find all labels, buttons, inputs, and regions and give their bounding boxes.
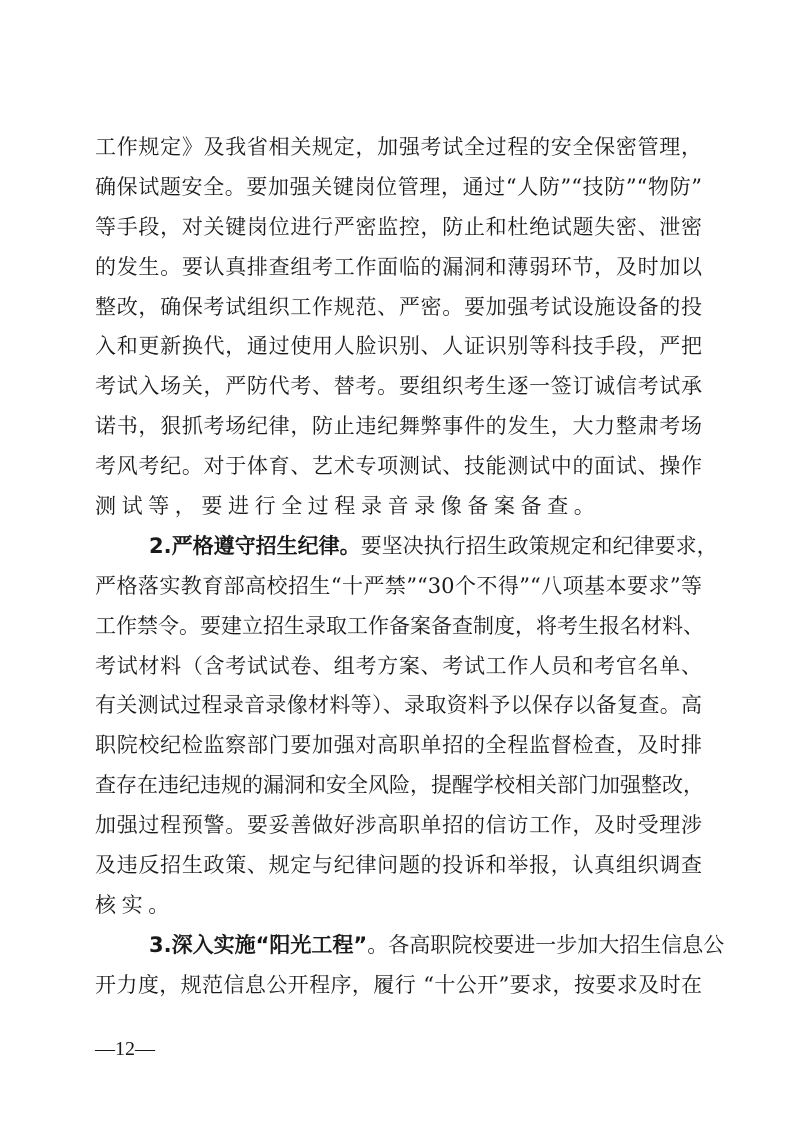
text-line: 职院校纪检监察部门要加强对高职单招的全程监督检查，及时排 — [95, 726, 702, 766]
section-3-first-line: 3.深入实施“阳光工程”。各高职院校要进一步加大招生信息公 — [95, 926, 702, 966]
section-3-first-line-text: 。各高职院校要进一步加大招生信息公 — [367, 933, 724, 957]
text-line: 测试等，要进行全过程录音录像备案备查。 — [95, 487, 702, 527]
text-line: 的发生。要认真排查组考工作面临的漏洞和薄弱环节，及时加以 — [95, 248, 702, 288]
text-line: 查存在违纪违规的漏洞和安全风险，提醒学校相关部门加强整改， — [95, 766, 702, 806]
text-line: 工作禁令。要建立招生录取工作备案备查制度，将考生报名材料、 — [95, 607, 702, 647]
section-3-heading: 3.深入实施“阳光工程” — [149, 933, 367, 957]
text-line: 确保试题安全。要加强关键岗位管理，通过“人防”“技防”“物防” — [95, 168, 702, 208]
section-2-heading: 2.严格遵守招生纪律。 — [149, 534, 361, 558]
text-line: 整改，确保考试组织工作规范、严密。要加强考试设施设备的投 — [95, 288, 702, 328]
text-line: 考风考纪。对于体育、艺术专项测试、技能测试中的面试、操作 — [95, 447, 702, 487]
text-line: 加强过程预警。要妥善做好涉高职单招的信访工作，及时受理涉 — [95, 806, 702, 846]
text-line: 核实。 — [95, 886, 702, 926]
text-line: 入和更新换代，通过使用人脸识别、人证识别等科技手段，严把 — [95, 327, 702, 367]
text-line: 及违反招生政策、规定与纪律问题的投诉和举报，认真组织调查 — [95, 846, 702, 886]
text-line: 严格落实教育部高校招生“十严禁”“30个不得”“八项基本要求”等 — [95, 567, 702, 607]
text-line: 有关测试过程录音录像材料等）、录取资料予以保存以备复查。高 — [95, 686, 702, 726]
text-line: 考试入场关，严防代考、替考。要组织考生逐一签订诚信考试承 — [95, 367, 702, 407]
page-number: —12— — [95, 1038, 155, 1061]
section-2-first-line: 2.严格遵守招生纪律。要坚决执行招生政策规定和纪律要求， — [95, 527, 702, 567]
text-line: 等手段，对关键岗位进行严密监控，防止和杜绝试题失密、泄密 — [95, 208, 702, 248]
text-line: 诺书，狠抓考场纪律，防止违纪舞弊事件的发生，大力整肃考场 — [95, 407, 702, 447]
text-line: 工作规定》及我省相关规定，加强考试全过程的安全保密管理， — [95, 128, 702, 168]
section-2-first-line-text: 要坚决执行招生政策规定和纪律要求， — [361, 534, 718, 558]
document-body: 工作规定》及我省相关规定，加强考试全过程的安全保密管理， 确保试题安全。要加强关… — [95, 128, 702, 1006]
text-line: 开力度，规范信息公开程序，履行 “十公开”要求，按要求及时在 — [95, 966, 702, 1006]
text-line: 考试材料（含考试试卷、组考方案、考试工作人员和考官名单、 — [95, 647, 702, 687]
